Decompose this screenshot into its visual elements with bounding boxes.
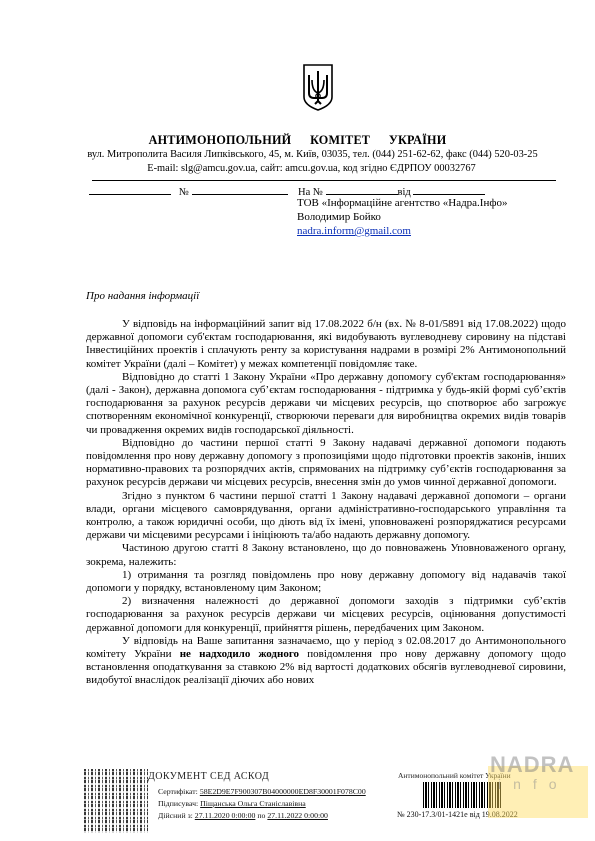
addressee-email-link[interactable]: nadra.inform@gmail.com <box>297 225 411 237</box>
tryzub-coat-of-arms-icon <box>302 63 334 111</box>
letter-subject: Про надання інформації <box>86 290 199 302</box>
list-item: 1) отримання та розгляд повідомлень про … <box>86 569 566 595</box>
outgoing-date-blank <box>89 184 171 195</box>
document-system-label: ДОКУМЕНТ СЕД АСКОД <box>148 771 269 782</box>
certificate-block: Сертифікат: 58E2D9E7F900307B04000000ED8F… <box>158 786 366 822</box>
valid-from-value: 27.11.2020 0:00:00 <box>195 811 256 820</box>
paragraph: Відповідно до статті 1 Закону України «П… <box>86 371 566 437</box>
qr-code-icon <box>84 769 148 833</box>
valid-to-label: по <box>257 811 265 820</box>
organization-name: АНТИМОНОПОЛЬНИЙ КОМІТЕТ УКРАЇНИ <box>0 133 595 148</box>
outgoing-number-blank <box>192 184 288 195</box>
addressee-person: Володимир Бойко <box>297 210 507 224</box>
paragraph: У відповідь на інформаційний запит від 1… <box>86 318 566 371</box>
certificate-value: 58E2D9E7F900307B04000000ED8F30001F078C00 <box>200 787 366 796</box>
nadra-info-watermark: NADRA info <box>488 766 588 818</box>
watermark-title: NADRA <box>490 752 574 778</box>
valid-to-value: 27.11.2022 0:00:00 <box>267 811 328 820</box>
list-item: 2) визначення належності до державної до… <box>86 595 566 635</box>
in-reply-number-blank <box>326 184 398 195</box>
number-label: № <box>179 187 189 198</box>
in-reply-date-blank <box>413 184 485 195</box>
signer-value: Піщанська Ольга Станіславівна <box>200 799 306 808</box>
organization-address: вул. Митрополита Василя Липківського, 45… <box>0 149 595 160</box>
paragraph: Частиною другою статті 8 Закону встановл… <box>86 542 566 568</box>
signer-label: Підписувач: <box>158 799 198 808</box>
paragraph: Відповідно до частини першої статті 9 За… <box>86 437 566 490</box>
paragraph: Згідно з пунктом 6 частини першої статті… <box>86 490 566 543</box>
addressee-company: ТОВ «Інформаційне агентство «Надра.Інфо» <box>297 196 507 210</box>
valid-from-label: Дійсний з: <box>158 811 193 820</box>
organization-contacts: E-mail: slg@amcu.gov.ua, сайт: amcu.gov.… <box>0 163 595 174</box>
final-paragraph: У відповідь на Ваше запитання зазначаємо… <box>86 635 566 688</box>
letter-body: У відповідь на інформаційний запит від 1… <box>86 318 566 688</box>
header-divider <box>92 180 556 181</box>
certificate-label: Сертифікат: <box>158 787 198 796</box>
addressee-block: ТОВ «Інформаційне агентство «Надра.Інфо»… <box>297 196 507 238</box>
emphasis-text: не надходило жодного <box>180 648 299 660</box>
watermark-subtitle: info <box>498 776 569 792</box>
